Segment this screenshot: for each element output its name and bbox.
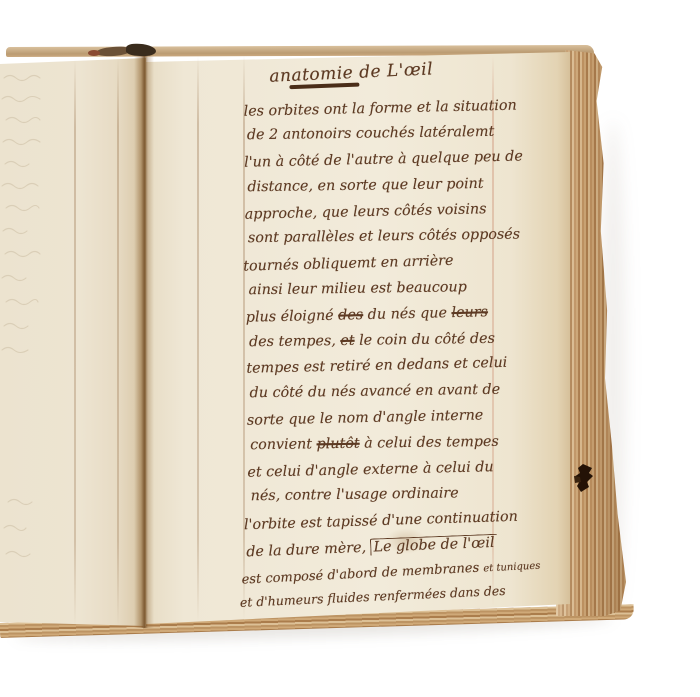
manuscript-text-segment: l'orbite est tapissé d'une continuation [244, 509, 518, 534]
manuscript-text-segment: l'un à côté de l'autre à quelque peu de [244, 149, 523, 171]
manuscript-text-segment: des tempes, [249, 333, 341, 350]
manuscript-text-block: anatomie de L'œil les orbites ont la for… [243, 58, 579, 607]
bleedthrough-ghost-text [0, 66, 58, 586]
page-fold-line [197, 56, 199, 622]
manuscript-text-segment: et celui d'angle externe à celui du [247, 459, 494, 481]
manuscript-text-segment: à celui des tempes [360, 434, 499, 452]
headcap-damage [126, 43, 157, 57]
manuscript-lines: les orbites ont la forme et la situation… [244, 94, 579, 608]
headcap-damage [88, 50, 100, 56]
struck-out-word: leurs [451, 304, 488, 321]
photograph-background: anatomie de L'œil les orbites ont la for… [0, 0, 700, 697]
manuscript-text-segment: tempes est retiré en dedans et celui [246, 355, 507, 377]
manuscript-text-segment: sorte que le nom d'angle interne [247, 407, 484, 428]
manuscript-text-segment: de la dure mère, [246, 540, 371, 561]
struck-out-word: plutôt [316, 436, 359, 453]
page-fold-line [117, 58, 119, 626]
book-gutter-fold [134, 52, 154, 628]
manuscript-text-segment: nés, contre l'usage ordinaire [251, 486, 459, 505]
manuscript-text-segment: convient [250, 436, 317, 453]
manuscript-text-segment: le coin du côté des [354, 331, 494, 349]
manuscript-text-segment: du nés que [363, 305, 452, 323]
boxed-phrase: Le globe de l'œil [370, 534, 497, 556]
manuscript-text-segment: distance, en sorte que leur point [247, 176, 483, 195]
manuscript-text-segment: et tuniques [483, 560, 541, 574]
manuscript-text-segment: tournés obliquemt en arrière [243, 253, 454, 275]
page-fold-line [74, 60, 76, 626]
manuscript-text-segment: de 2 antonoirs couchés latéralemt [247, 124, 495, 143]
manuscript-text-segment: approche, que leurs côtés voisins [245, 201, 487, 222]
manuscript-text-segment: plus éloigné [246, 308, 339, 326]
manuscript-text-segment: les orbites ont la forme et la situation [243, 97, 516, 119]
struck-out-word: et [340, 332, 354, 348]
manuscript-text-segment: sont parallèles et leurs côtés opposés [248, 227, 520, 247]
struck-out-word: des [338, 307, 363, 324]
manuscript-text-segment: ainsi leur milieu est beaucoup [248, 279, 466, 298]
manuscript-text-segment: du côté du nés avancé en avant de [250, 382, 501, 401]
